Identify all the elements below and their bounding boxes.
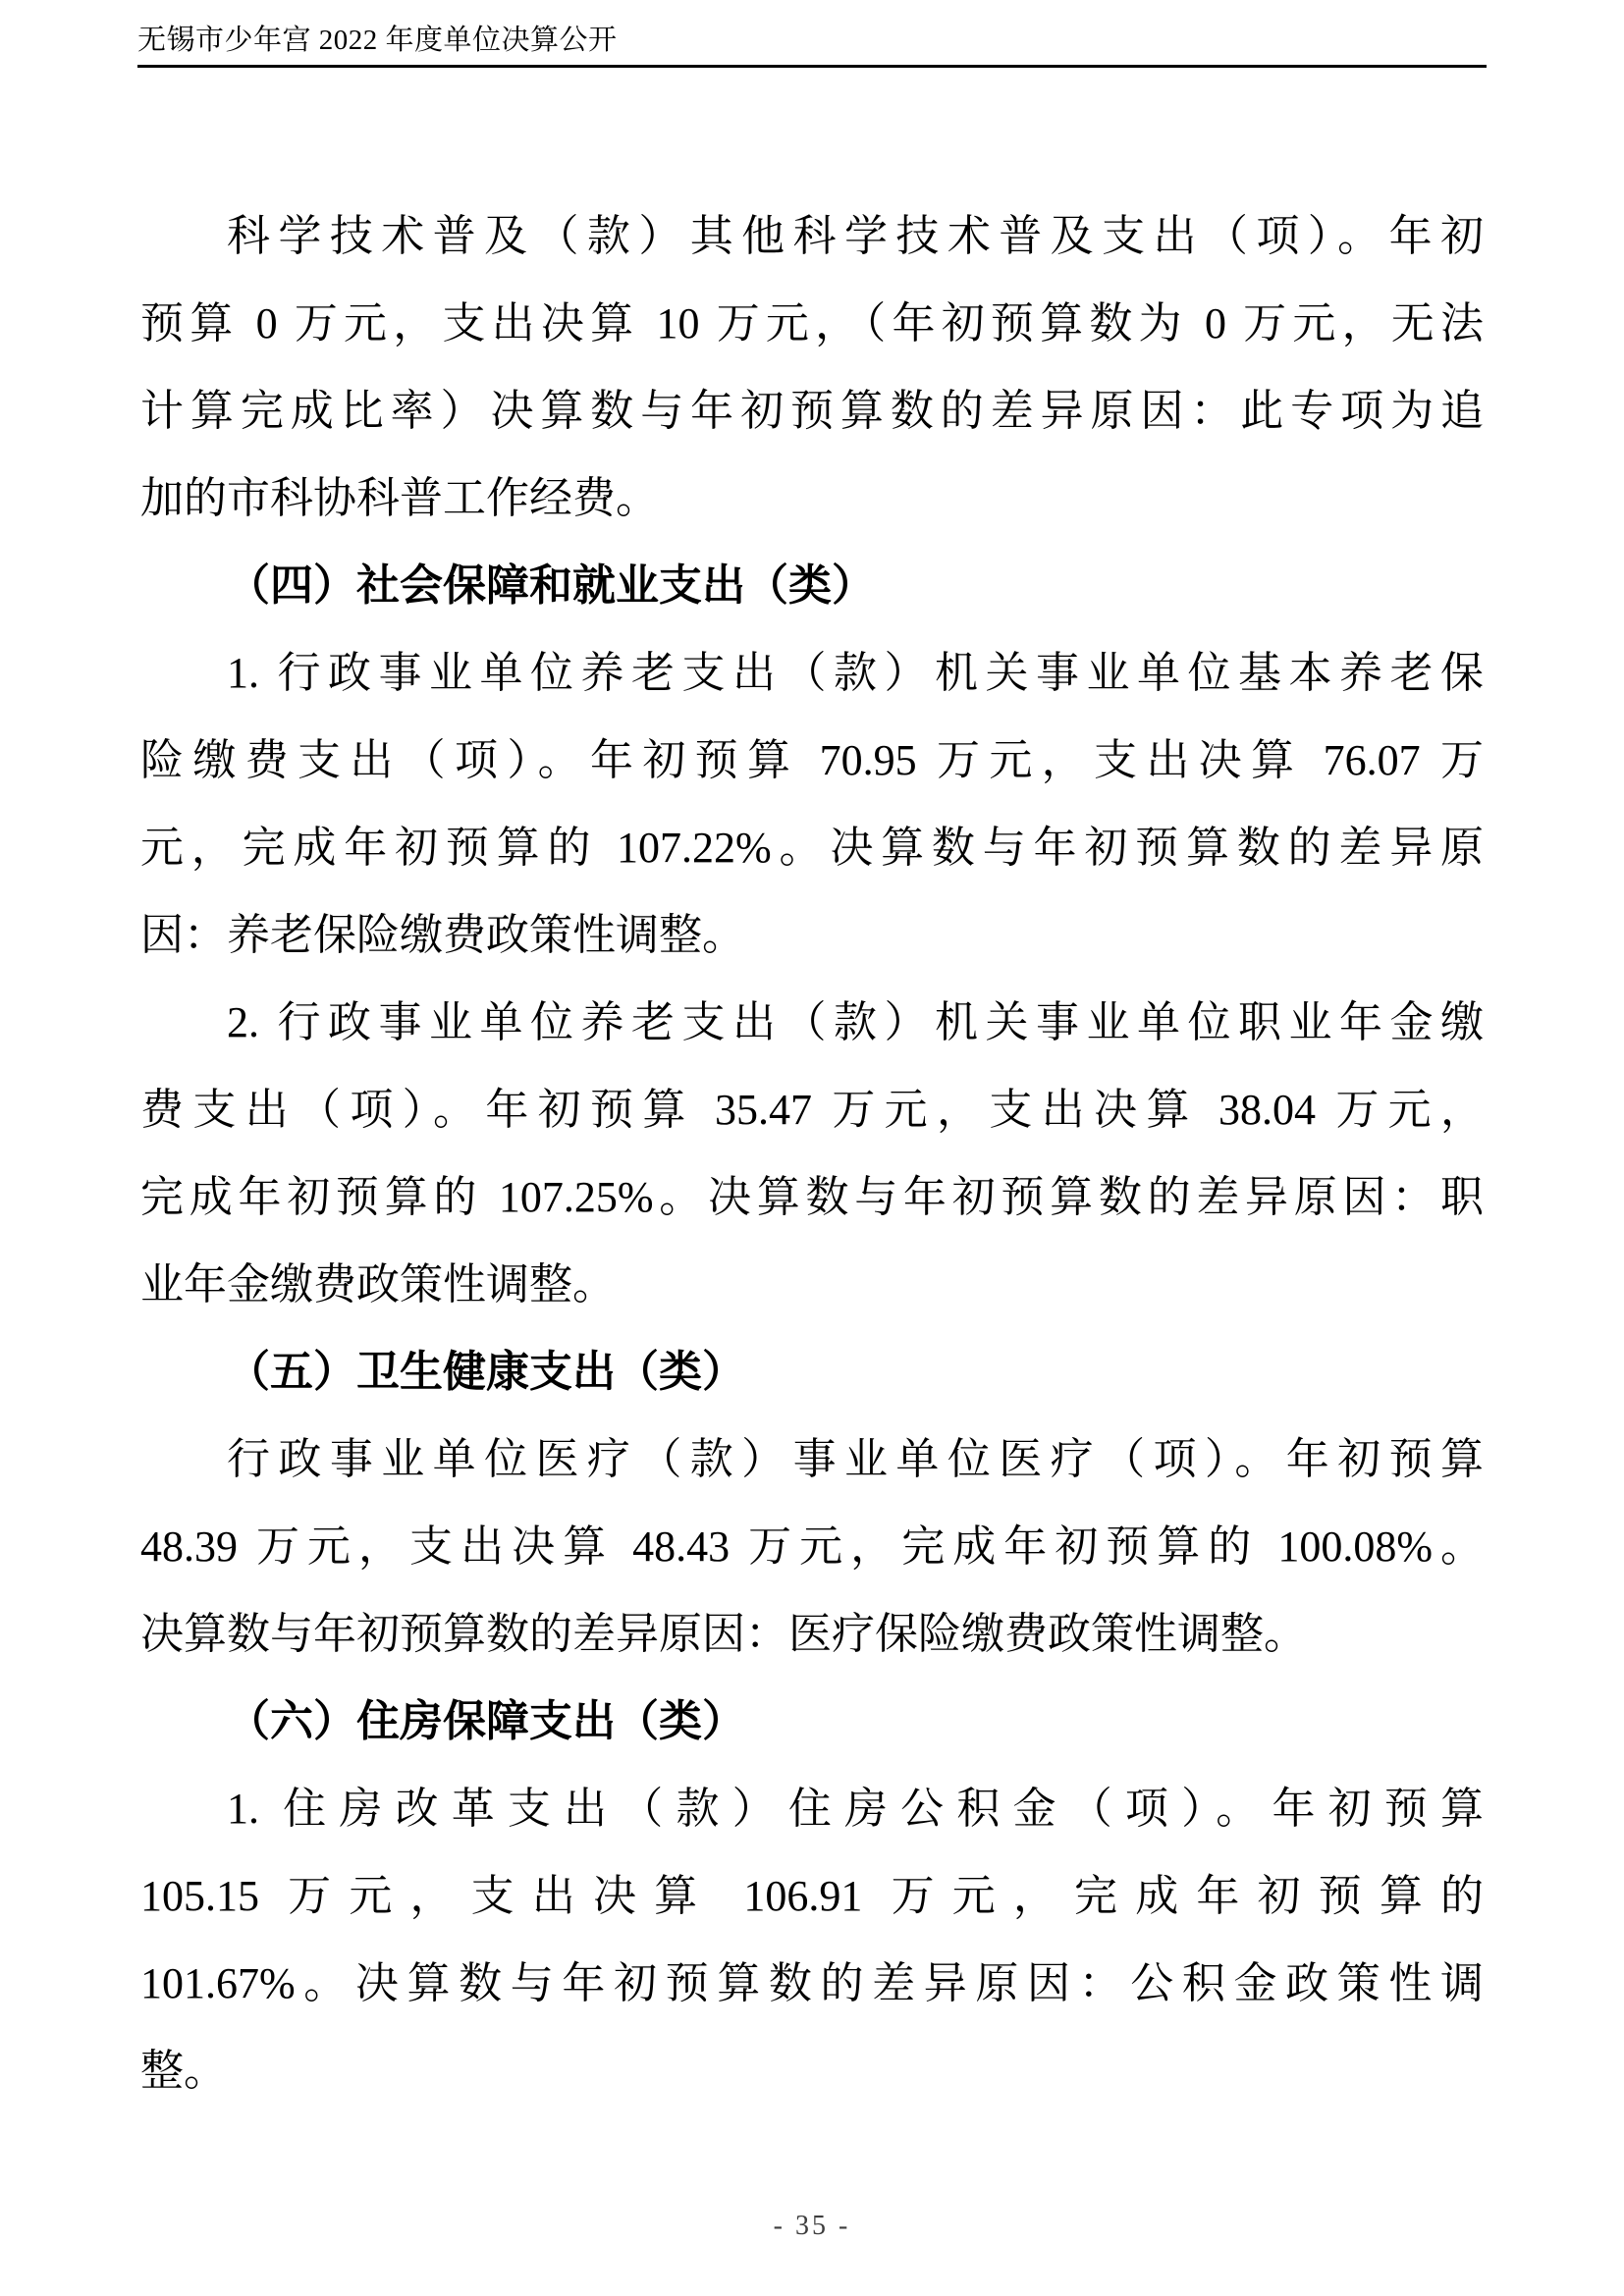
heading-line: （六）住房保障支出（类） — [140, 1678, 1484, 1765]
text-line: 完成年初预算的 107.25%。决算数与年初预算数的差异原因：职 — [140, 1153, 1484, 1241]
text-line: 决算数与年初预算数的差异原因：医疗保险缴费政策性调整。 — [140, 1590, 1484, 1678]
document-body: 科学技术普及（款）其他科学技术普及支出（项）。年初预算 0 万元，支出决算 10… — [140, 192, 1484, 2114]
text-line: 计算完成比率）决算数与年初预算数的差异原因：此专项为追 — [140, 367, 1484, 454]
text-line: 费支出（项）。年初预算 35.47 万元，支出决算 38.04 万元， — [140, 1066, 1484, 1153]
page-number: - 35 - — [774, 2211, 851, 2241]
text-line: 105.15 万元，支出决算 106.91 万元，完成年初预算的 — [140, 1852, 1484, 1940]
text-line: 行政事业单位医疗（款）事业单位医疗（项）。年初预算 — [140, 1415, 1484, 1503]
text-line: 科学技术普及（款）其他科学技术普及支出（项）。年初 — [140, 192, 1484, 280]
text-line: 业年金缴费政策性调整。 — [140, 1241, 1484, 1328]
text-line: 101.67%。决算数与年初预算数的差异原因：公积金政策性调 — [140, 1940, 1484, 2027]
page-header-title: 无锡市少年宫 2022 年度单位决算公开 — [137, 24, 1487, 57]
heading-line: （四）社会保障和就业支出（类） — [140, 542, 1484, 629]
page-header: 无锡市少年宫 2022 年度单位决算公开 — [137, 24, 1487, 68]
document-page: 无锡市少年宫 2022 年度单位决算公开 科学技术普及（款）其他科学技术普及支出… — [0, 0, 1624, 2296]
heading-line: （五）卫生健康支出（类） — [140, 1328, 1484, 1415]
text-line: 整。 — [140, 2027, 1484, 2114]
text-line: 48.39 万元，支出决算 48.43 万元，完成年初预算的 100.08%。 — [140, 1503, 1484, 1590]
text-line: 1. 行政事业单位养老支出（款）机关事业单位基本养老保 — [140, 629, 1484, 717]
text-line: 因：养老保险缴费政策性调整。 — [140, 891, 1484, 979]
text-line: 加的市科协科普工作经费。 — [140, 454, 1484, 542]
text-line: 元，完成年初预算的 107.22%。决算数与年初预算数的差异原 — [140, 804, 1484, 891]
text-line: 2. 行政事业单位养老支出（款）机关事业单位职业年金缴 — [140, 979, 1484, 1066]
text-line: 预算 0 万元，支出决算 10 万元，（年初预算数为 0 万元，无法 — [140, 280, 1484, 367]
page-footer: - 35 - — [0, 2211, 1624, 2242]
text-line: 险缴费支出（项）。年初预算 70.95 万元，支出决算 76.07 万 — [140, 717, 1484, 804]
text-line: 1. 住房改革支出（款）住房公积金（项）。年初预算 — [140, 1765, 1484, 1852]
